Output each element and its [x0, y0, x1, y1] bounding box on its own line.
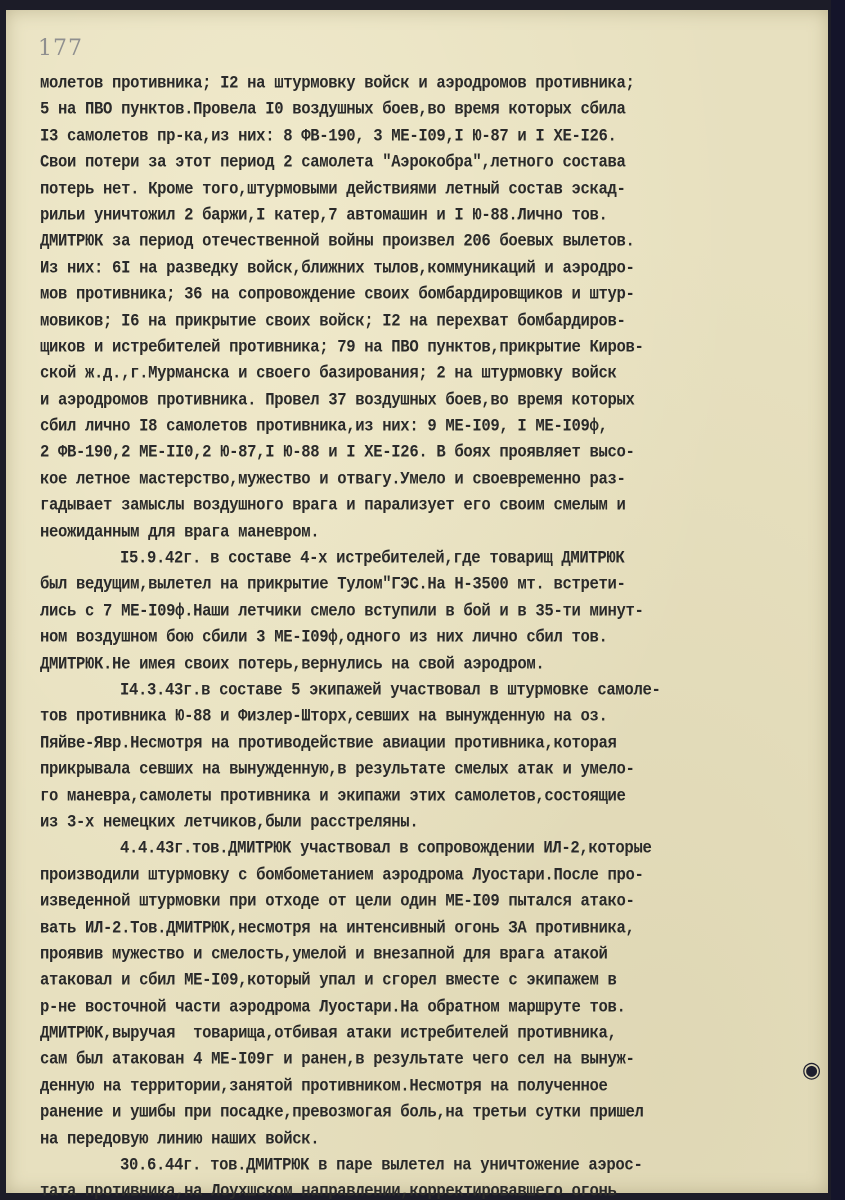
ink-blot-mark: ◉ [802, 1058, 821, 1083]
text-line: потерь нет. Кроме того,штурмовыми действ… [40, 174, 830, 204]
text-line: ДМИТРЮК за период отечественной войны пр… [40, 227, 830, 257]
text-line: мовиков; I6 на прикрытие своих войск; I2… [40, 306, 830, 336]
text-line: Из них: 6I на разведку войск,ближних тыл… [40, 253, 830, 283]
text-line: сам был атакован 4 МЕ-I09г и ранен,в рез… [40, 1045, 830, 1075]
text-line: прикрывала севших на вынужденную,в резул… [40, 755, 830, 785]
text-line: ской ж.д.,г.Мурманска и своего базирован… [40, 359, 830, 389]
text-line: атаковал и сбил МЕ-I09,который упал и сг… [40, 966, 830, 996]
text-line: тов противника Ю-88 и Физлер-Шторх,севши… [40, 702, 830, 732]
text-line: денную на территории,занятой противником… [40, 1071, 830, 1101]
text-line: был ведущим,вылетел на прикрытие Тулом"Г… [40, 570, 830, 600]
text-line: кое летное мастерство,мужество и отвагу.… [40, 464, 830, 494]
text-line: ном воздушном бою сбили 3 МЕ-I09ф,одного… [40, 623, 830, 653]
text-line: на передовую линию наших войск. [40, 1124, 830, 1154]
text-line: 4.4.43г.тов.ДМИТРЮК участвовал в сопрово… [40, 834, 830, 864]
page-number: 177 [38, 36, 83, 61]
text-line: 5 на ПВО пунктов.Провела I0 воздушных бо… [40, 95, 830, 125]
text-line: Свои потери за этот период 2 самолета "А… [40, 148, 830, 178]
document-body: молетов противника; I2 на штурмовку войс… [40, 70, 830, 1200]
text-line: гадывает замыслы воздушного врага и пара… [40, 491, 830, 521]
text-line: лись с 7 МЕ-I09ф.Наши летчики смело всту… [40, 596, 830, 626]
text-line: тата противника,на Лоухшском направлении… [40, 1177, 830, 1200]
text-line: и аэродромов противника. Провел 37 возду… [40, 385, 830, 415]
text-line: ДМИТРЮК.Не имея своих потерь,вернулись н… [40, 649, 830, 679]
text-line: го маневра,самолеты противника и экипажи… [40, 781, 830, 811]
text-line: изведенной штурмовки при отходе от цели … [40, 887, 830, 917]
text-line: мов противника; 36 на сопровождение свои… [40, 280, 830, 310]
text-line: производили штурмовку с бомбометанием аэ… [40, 860, 830, 890]
text-line: вать ИЛ-2.Тов.ДМИТРЮК,несмотря на интенс… [40, 913, 830, 943]
scan-border [831, 0, 845, 1200]
text-line: ранение и ушибы при посадке,превозмогая … [40, 1098, 830, 1128]
text-line: неожиданным для врага маневром. [40, 517, 830, 547]
text-line: р-не восточной части аэродрома Луостари.… [40, 992, 830, 1022]
document-page: 177 молетов противника; I2 на штурмовку … [6, 10, 828, 1193]
text-line: Пяйве-Явр.Несмотря на противодействие ав… [40, 728, 830, 758]
text-line: 2 ФВ-190,2 МЕ-II0,2 Ю-87,I Ю-88 и I ХЕ-I… [40, 438, 830, 468]
text-line: I3 самолетов пр-ка,из них: 8 ФВ-190, 3 М… [40, 121, 830, 151]
